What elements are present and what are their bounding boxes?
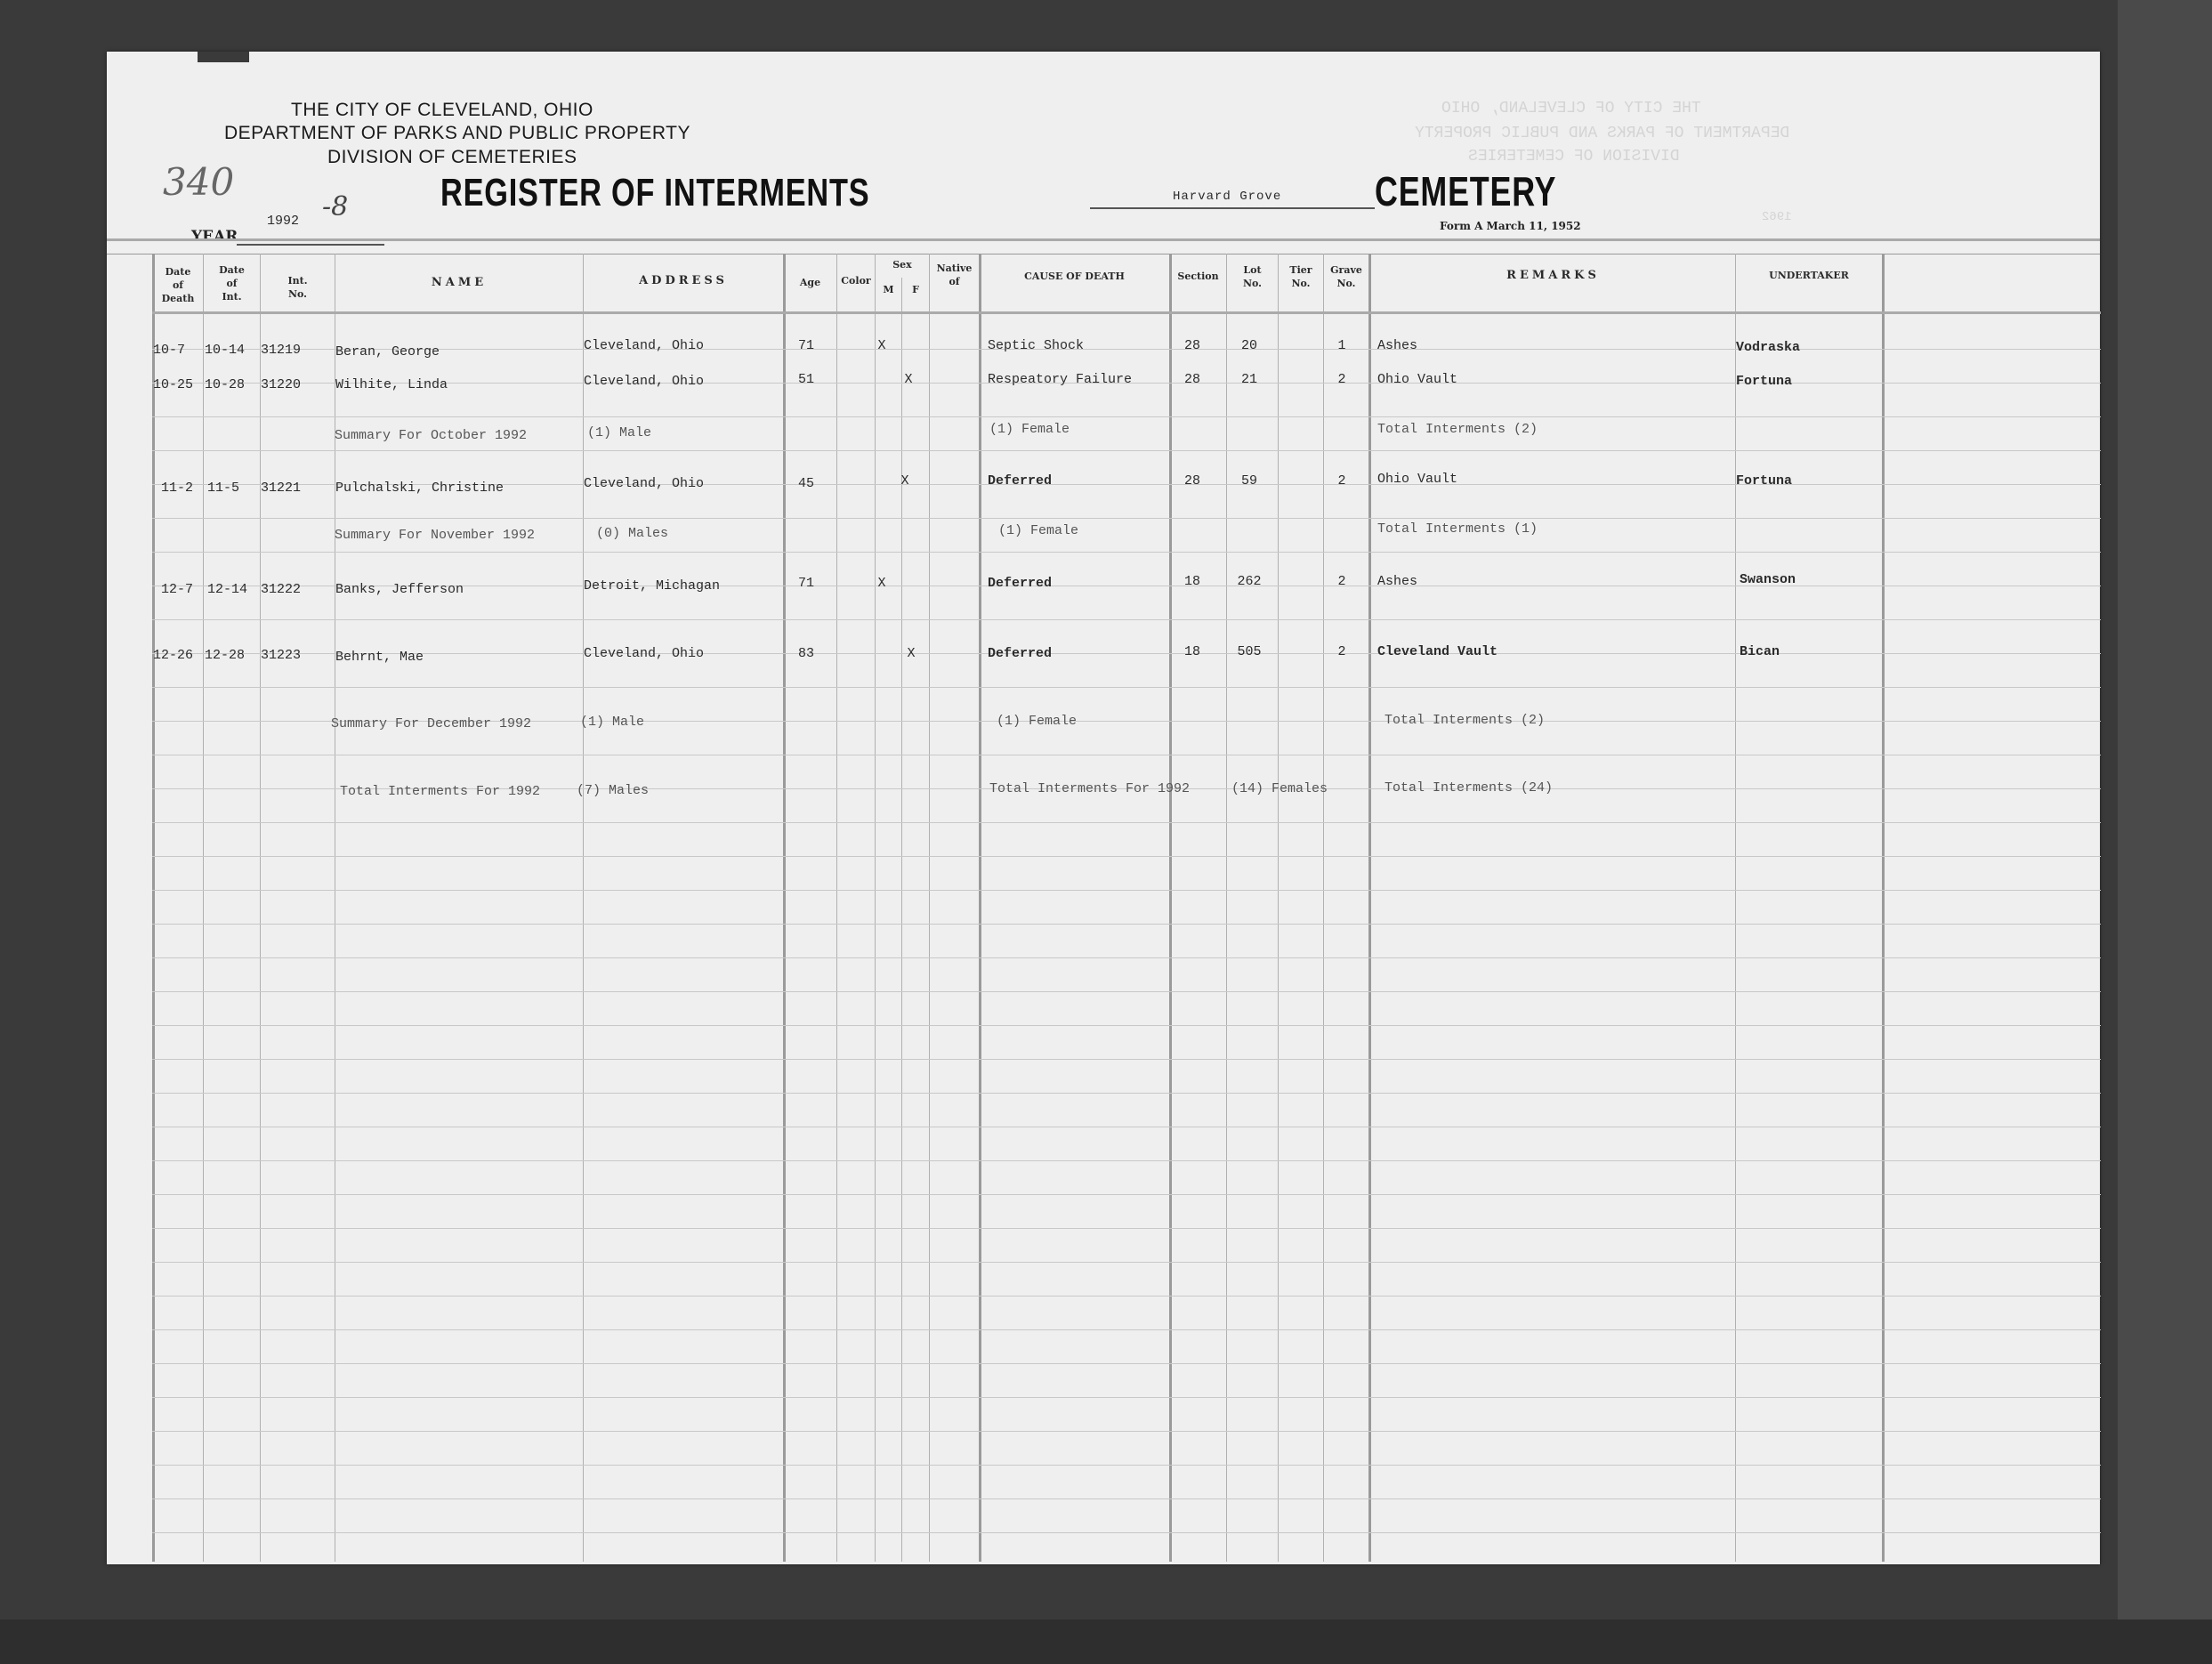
cause-of-death: Deferred xyxy=(988,576,1052,592)
lot-no: 20 xyxy=(1227,338,1271,354)
summary-total: Total Interments (1) xyxy=(1377,521,1538,537)
ledger-line xyxy=(152,755,2101,755)
cemetery-label: CEMETERY xyxy=(1375,167,1556,215)
col-header-text: Death xyxy=(153,292,203,305)
show-through-text: DEPARTMENT OF PARKS AND PUBLIC PROPERTY xyxy=(1415,125,1789,142)
col-header-color: Color xyxy=(837,274,875,287)
cause-of-death: Respeatory Failure xyxy=(988,372,1132,388)
date-of-death: 10-25 xyxy=(153,377,193,393)
summary-males: (1) Male xyxy=(587,425,651,441)
handwritten-year-mark: -8 xyxy=(322,191,348,222)
col-header-lot-no: Lot No. xyxy=(1227,263,1278,290)
section: 28 xyxy=(1170,473,1215,489)
cause-of-death: Septic Shock xyxy=(988,338,1084,354)
year-total-males: (7) Males xyxy=(577,783,649,799)
remarks: Ohio Vault xyxy=(1377,472,1457,488)
col-header-text: Int. xyxy=(261,274,335,287)
summary-label: Summary For October 1992 xyxy=(335,428,527,444)
ledger-line xyxy=(152,1397,2101,1398)
section: 28 xyxy=(1170,338,1215,354)
org-line-city: THE CITY OF CLEVELAND, OHIO xyxy=(291,100,593,121)
summary-label: Summary For December 1992 xyxy=(331,716,531,732)
sex-f: X xyxy=(905,646,917,662)
lot-no: 262 xyxy=(1227,574,1271,590)
summary-total: Total Interments (2) xyxy=(1385,713,1545,729)
header-rule xyxy=(107,238,2100,241)
date-of-int: 10-14 xyxy=(205,343,245,359)
header-rule xyxy=(107,254,2100,254)
grave-no: 2 xyxy=(1324,644,1360,660)
date-of-death: 11-2 xyxy=(161,481,193,497)
ledger-line xyxy=(152,1059,2101,1060)
form-note: Form A March 11, 1952 xyxy=(1440,220,1581,232)
cemetery-underline xyxy=(1090,207,1375,209)
show-through-text: THE CITY OF CLEVELAND, OHIO xyxy=(1441,100,1701,117)
ledger-line xyxy=(152,619,2101,620)
ledger-line xyxy=(152,687,2101,688)
int-no: 31220 xyxy=(261,377,301,393)
ledger-line xyxy=(152,957,2101,958)
ledger-line xyxy=(152,1262,2101,1263)
address: Cleveland, Ohio xyxy=(584,646,704,662)
sex-f: X xyxy=(902,372,915,388)
year-value: 1992 xyxy=(267,214,299,230)
year-label: YEAR xyxy=(191,228,238,246)
ledger-line xyxy=(152,822,2101,823)
ledger-line xyxy=(152,653,2101,654)
int-no: 31223 xyxy=(261,648,301,664)
col-header-text: of xyxy=(204,277,260,290)
summary-males: (0) Males xyxy=(596,526,668,542)
grave-no: 2 xyxy=(1324,574,1360,590)
col-header-date-of-int: Date of Int. xyxy=(204,263,260,303)
col-header-native-of: Native of xyxy=(930,262,979,288)
col-header-sex-m: M xyxy=(876,283,901,296)
section: 18 xyxy=(1170,644,1215,660)
section: 18 xyxy=(1170,574,1215,590)
column-header-rule xyxy=(152,311,2101,314)
col-header-grave-no: Grave No. xyxy=(1324,263,1368,290)
col-header-sex-f: F xyxy=(902,283,929,296)
binder-edge xyxy=(2118,0,2212,1664)
ledger-line xyxy=(152,1532,2101,1533)
col-header-section: Section xyxy=(1170,270,1226,283)
date-of-int: 12-14 xyxy=(207,582,247,598)
ledger-line xyxy=(152,1194,2101,1195)
ledger-line xyxy=(152,1465,2101,1466)
sex-m: X xyxy=(876,576,888,592)
show-through-text: DIVISION OF CEMETERIES xyxy=(1468,148,1680,166)
col-header-sex: Sex xyxy=(876,258,929,271)
cemetery-name: Harvard Grove xyxy=(1173,189,1281,205)
age: 83 xyxy=(784,646,828,662)
age: 71 xyxy=(784,338,828,354)
age: 45 xyxy=(784,476,828,492)
undertaker: Fortuna xyxy=(1736,473,1792,489)
ledger-line xyxy=(152,1127,2101,1127)
page-title: REGISTER OF INTERMENTS xyxy=(440,171,869,215)
ledger-line xyxy=(152,552,2101,553)
grave-no: 2 xyxy=(1324,372,1360,388)
grave-no: 1 xyxy=(1324,338,1360,354)
int-no: 31221 xyxy=(261,481,301,497)
handwritten-page-number: 340 xyxy=(163,160,234,204)
ledger-line xyxy=(152,1329,2101,1330)
col-header-text: of xyxy=(153,279,203,292)
summary-total: Total Interments (2) xyxy=(1377,422,1538,438)
int-no: 31222 xyxy=(261,582,301,598)
col-header-text: Lot xyxy=(1227,263,1278,277)
ledger-line xyxy=(152,1093,2101,1094)
name: Wilhite, Linda xyxy=(335,377,448,393)
col-header-text: Tier xyxy=(1279,263,1323,277)
year-underline xyxy=(237,244,384,246)
summary-label: Summary For November 1992 xyxy=(335,528,535,544)
date-of-int: 11-5 xyxy=(207,481,239,497)
org-line-division: DIVISION OF CEMETERIES xyxy=(327,147,577,168)
col-header-tier-no: Tier No. xyxy=(1279,263,1323,290)
lot-no: 59 xyxy=(1227,473,1271,489)
remarks: Ohio Vault xyxy=(1377,372,1457,388)
ledger-line xyxy=(152,1025,2101,1026)
remarks: Ashes xyxy=(1377,574,1417,590)
col-header-age: Age xyxy=(784,276,836,289)
col-header-cause-of-death: CAUSE OF DEATH xyxy=(980,270,1169,283)
address: Cleveland, Ohio xyxy=(584,338,704,354)
show-through-text: 1962 xyxy=(1762,210,1792,224)
name: Beran, George xyxy=(335,344,440,360)
ledger-line xyxy=(152,1296,2101,1296)
col-header-text: No. xyxy=(1324,277,1368,290)
age: 71 xyxy=(784,576,828,592)
name: Pulchalski, Christine xyxy=(335,481,504,497)
summary-females: (1) Female xyxy=(989,422,1070,438)
remarks: Cleveland Vault xyxy=(1377,644,1498,660)
col-header-text: No. xyxy=(1279,277,1323,290)
summary-females: (1) Female xyxy=(998,523,1078,539)
lot-no: 505 xyxy=(1227,644,1271,660)
col-header-text: No. xyxy=(261,287,335,301)
date-of-int: 12-28 xyxy=(205,648,245,664)
col-header-text: Grave xyxy=(1324,263,1368,277)
col-header-text: of xyxy=(930,275,979,288)
ledger-line xyxy=(152,924,2101,925)
remarks: Ashes xyxy=(1377,338,1417,354)
ledger-line xyxy=(152,1363,2101,1364)
date-of-death: 12-7 xyxy=(161,582,193,598)
col-header-undertaker: UNDERTAKER xyxy=(1736,269,1882,282)
col-header-text: Date xyxy=(153,265,203,279)
name: Behrnt, Mae xyxy=(335,650,424,666)
col-header-date-of-death: Date of Death xyxy=(153,265,203,305)
col-header-address: ADDRESS xyxy=(584,274,783,287)
ledger-line xyxy=(152,1498,2101,1499)
int-no: 31219 xyxy=(261,343,301,359)
page-tab-notch xyxy=(198,52,249,62)
date-of-death: 12-26 xyxy=(153,648,193,664)
ledger-line xyxy=(152,416,2101,417)
cause-of-death: Deferred xyxy=(988,646,1052,662)
col-header-text: Native xyxy=(930,262,979,275)
summary-males: (1) Male xyxy=(580,715,644,731)
col-header-remarks: REMARKS xyxy=(1371,269,1735,282)
name: Banks, Jefferson xyxy=(335,582,464,598)
address: Detroit, Michagan xyxy=(584,578,720,594)
year-total-females: (14) Females xyxy=(1231,781,1328,797)
column-rule xyxy=(901,278,902,1562)
undertaker: Fortuna xyxy=(1736,374,1792,390)
ledger-line xyxy=(152,1228,2101,1229)
col-header-text: Int. xyxy=(204,290,260,303)
ledger-line xyxy=(152,991,2101,992)
col-header-text: No. xyxy=(1227,277,1278,290)
undertaker: Vodraska xyxy=(1736,340,1800,356)
date-of-death: 10-7 xyxy=(153,343,185,359)
lot-no: 21 xyxy=(1227,372,1271,388)
undertaker: Bican xyxy=(1740,644,1780,660)
year-total-label-2: Total Interments For 1992 xyxy=(989,781,1190,797)
scanner-bottom-strip xyxy=(0,1620,2212,1664)
col-header-text: Date xyxy=(204,263,260,277)
sex-m: X xyxy=(876,338,888,354)
year-total-interments: Total Interments (24) xyxy=(1385,780,1553,796)
ledger-line xyxy=(152,1160,2101,1161)
ledger-line xyxy=(152,1431,2101,1432)
cause-of-death: Deferred xyxy=(988,473,1052,489)
ledger-line xyxy=(152,349,2101,350)
date-of-int: 10-28 xyxy=(205,377,245,393)
sex-f: X xyxy=(899,473,911,489)
age: 51 xyxy=(784,372,828,388)
summary-females: (1) Female xyxy=(997,714,1077,730)
year-total-label: Total Interments For 1992 xyxy=(340,784,540,800)
ledger-line xyxy=(152,518,2101,519)
col-header-int-no: Int. No. xyxy=(261,274,335,301)
grave-no: 2 xyxy=(1324,473,1360,489)
ledger-line xyxy=(152,856,2101,857)
col-header-name: NAME xyxy=(335,276,583,289)
ledger-line xyxy=(152,890,2101,891)
undertaker: Swanson xyxy=(1740,572,1796,588)
section: 28 xyxy=(1170,372,1215,388)
address: Cleveland, Ohio xyxy=(584,374,704,390)
org-line-department: DEPARTMENT OF PARKS AND PUBLIC PROPERTY xyxy=(224,123,690,144)
ledger-line xyxy=(152,450,2101,451)
address: Cleveland, Ohio xyxy=(584,476,704,492)
